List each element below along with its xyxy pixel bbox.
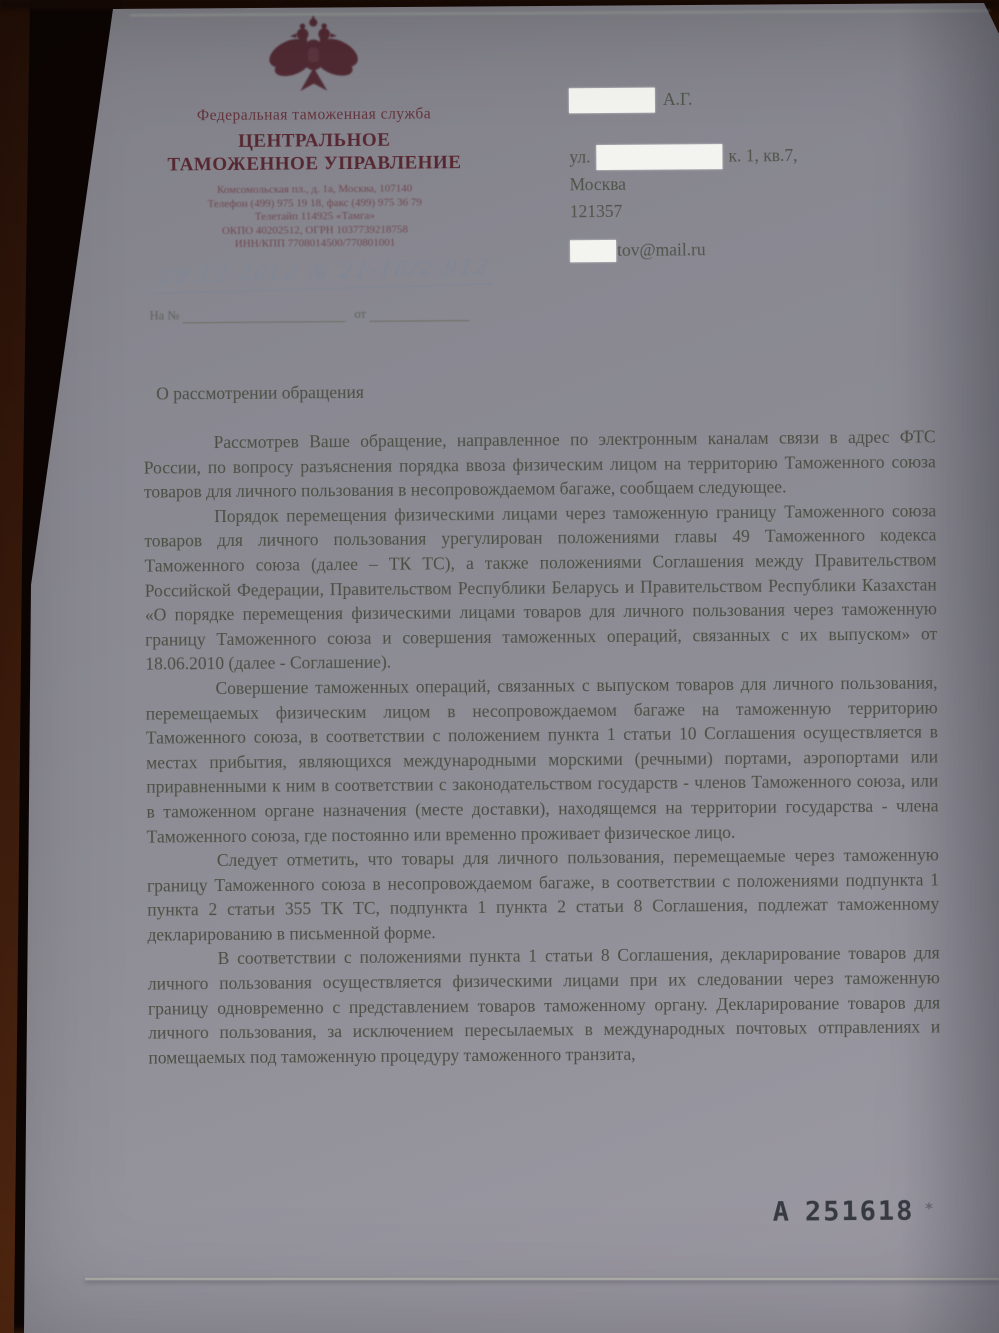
reply-from-label: от (354, 307, 366, 321)
letter-content: Федеральная таможенная служба ЦЕНТРАЛЬНО… (0, 0, 999, 1333)
coat-of-arms-icon (263, 15, 364, 106)
recipient-initials: А.Г. (663, 89, 693, 109)
recipient-block: А.Г. ул.к. 1, кв.7, Москва 121357 tov@ma… (569, 86, 929, 89)
subject-line: О рассмотрении обращения (156, 382, 364, 405)
body-paragraph: Рассмотрев Ваше обращение, направленное … (144, 424, 937, 504)
recipient-name-line: А.Г. (569, 88, 693, 114)
stamp-series: А (773, 1197, 790, 1228)
body-paragraph: Порядок перемещения физическими лицами ч… (144, 498, 937, 676)
recipient-email-line: tov@mail.ru (570, 239, 706, 263)
body-paragraph: Следует отметить, что товары для личного… (147, 842, 940, 947)
letterhead-contacts: Комсомольская пл., д. 1а, Москва, 107140… (149, 182, 482, 252)
contact-line-inn-kpp: ИНН/КПП 7708014500/770801001 (149, 236, 481, 252)
street-prefix: ул. (569, 147, 590, 167)
reply-reference-line: На № от (150, 306, 470, 324)
email-suffix: tov@mail.ru (617, 239, 706, 260)
redaction-box-street (596, 144, 722, 170)
reply-date-blank (369, 308, 469, 322)
recipient-postcode: 121357 (570, 201, 623, 222)
org-name-line1: ЦЕНТРАЛЬНОЕ (148, 128, 480, 154)
recipient-city: Москва (570, 174, 627, 195)
org-name-line2: ТАМОЖЕННОЕ УПРАВЛЕНИЕ (148, 151, 480, 177)
reply-reference-label: На № (150, 308, 180, 322)
recipient-street-line: ул.к. 1, кв.7, (569, 144, 797, 171)
street-suffix: к. 1, кв.7, (728, 145, 797, 166)
inventory-number-stamp: А251618* (773, 1195, 936, 1227)
body-paragraph: В соответствии с положениями пункта 1 ст… (148, 941, 941, 1070)
agency-name: Федеральная таможенная служба (148, 105, 480, 126)
redaction-box-email (570, 240, 616, 262)
stamp-mark: * (924, 1199, 935, 1217)
body-paragraph: Совершение таможенных операций, связанны… (145, 670, 938, 848)
redaction-box-name (569, 88, 655, 114)
letterhead: Федеральная таможенная служба ЦЕНТРАЛЬНО… (147, 14, 481, 252)
letter-body: Рассмотрев Ваше обращение, направленное … (144, 424, 941, 1070)
reply-number-blank (182, 309, 345, 323)
stamp-number: 251618 (805, 1196, 915, 1228)
handwritten-outgoing-number: 29 12 2012 № 21-16/2-912 (152, 254, 499, 294)
